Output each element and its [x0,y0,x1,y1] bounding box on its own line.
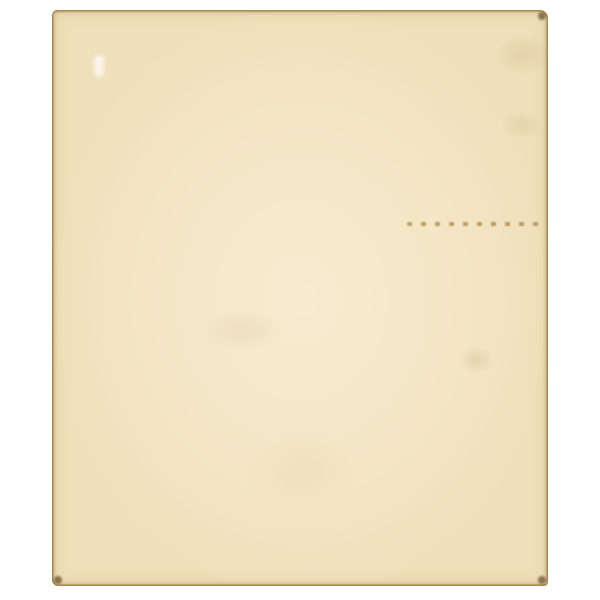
aged-paper-panel [52,10,548,586]
scuff-mark [94,55,104,77]
corner-wear-top-right [538,12,546,20]
foxing-stain-line [407,222,542,226]
corner-wear-bottom-right [538,576,546,584]
corner-wear-bottom-left [54,576,62,584]
